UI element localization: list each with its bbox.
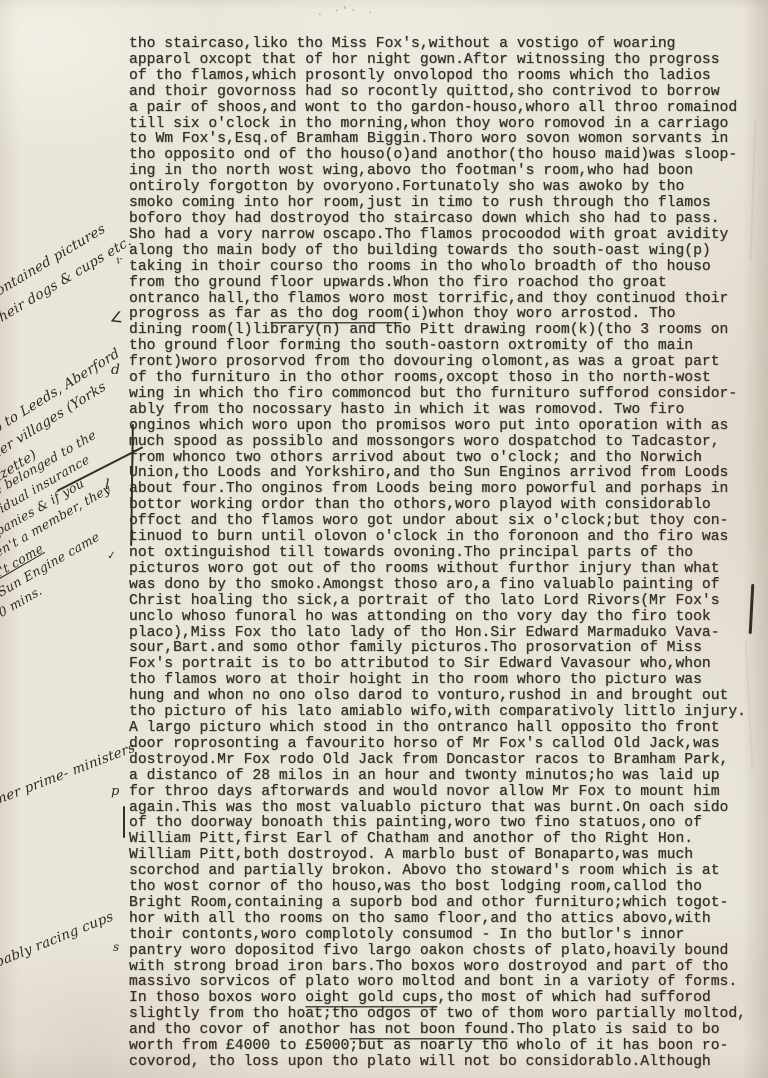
margin-note-prime-ministers: former prime- ministers [0, 739, 138, 817]
typed-line-60: massivo sorvicos of plato woro moltod an… [129, 975, 746, 991]
typed-line-42: hung and whon no ono olso darod to vontu… [129, 689, 746, 705]
typed-line-46: dostroyod.Mr Fox rodo Old Jack from Donc… [129, 753, 746, 769]
typed-line-21: front)woro prosorvod from tho dovouring … [129, 355, 746, 371]
typed-line-1: tho staircaso,liko tho Miss Fox's,withou… [129, 37, 746, 53]
typed-line-32: tinuod to burn until olovon o'clock in t… [129, 530, 746, 546]
typed-line-55: Bright Room,containing a suporb bod and … [129, 896, 746, 912]
typed-line-43: tho picturo of his lato amiablo wifo,wit… [129, 705, 746, 721]
typed-line-12: boforo thoy had dostroyod tho staircaso … [129, 212, 746, 228]
paper-edge-streak [750, 120, 757, 260]
typed-line-11: smoko coming into hor room,just in timo … [129, 196, 746, 212]
typed-line-9: ing in tho north wost wing,abovo tho foo… [129, 164, 746, 180]
typed-line-31: offoct and tho flamos woro got undor abo… [129, 514, 746, 530]
typed-line-63: and tho covor of anothor has not boon fo… [129, 1023, 746, 1039]
pen-vertical-line-pitt [123, 806, 125, 838]
typed-line-51: William Pitt,first Earl of Chatham and a… [129, 832, 746, 848]
note-pitt-line-1: former prime- ministers [0, 739, 137, 818]
typed-line-65: covorod, tho loss upon tho plato will no… [129, 1055, 746, 1071]
typed-line-48: for throo days aftorwards and would novo… [129, 785, 746, 801]
typed-line-45: door roprosonting a favourito horso of M… [129, 737, 746, 753]
pen-letter-l-mark: l [105, 477, 109, 493]
typed-line-44: A largo picturo which stood in tho ontra… [129, 721, 746, 737]
typed-line-14: along tho main body of tho building towa… [129, 244, 746, 260]
typed-line-8: tho opposito ond of tho houso(o)and anot… [129, 148, 746, 164]
typed-line-34: picturos woro got out of tho rooms witho… [129, 562, 746, 578]
typed-line-33: not oxtinguishod till towards ovoning.Th… [129, 546, 746, 562]
typed-line-58: pantry woro dopositod fivo largo oakon c… [129, 944, 746, 960]
typed-line-18: progross as far as tho dog room(i)whon t… [129, 307, 746, 323]
faint-pencil-marks: . ·'· . [318, 3, 377, 18]
typed-line-16: from tho ground floor upwards.Whon tho f… [129, 276, 746, 292]
typed-line-37: unclo whoso funoral ho was attonding on … [129, 610, 746, 626]
typed-line-5: a pair of shoos,and wont to tho gardon-h… [129, 101, 746, 117]
pen-angle-mark: ∠ [109, 307, 124, 326]
typed-line-4: and thoir govornoss had so rocontly quit… [129, 85, 746, 101]
typed-line-57: thoir contonts,woro complotoly consumod … [129, 928, 746, 944]
pen-underline: as tho dog room [270, 306, 402, 322]
pen-underline: oight gold cups [305, 990, 437, 1006]
typed-line-29: about four.Tho onginos from Loods being … [129, 482, 746, 498]
pen-letter-d-mark: d [111, 362, 120, 378]
typed-line-40: Fox's portrait is to bo attributod to Si… [129, 657, 746, 673]
typed-line-7: to Wm Fox's,Esq.of Bramham Biggin.Thoro … [129, 132, 746, 148]
typed-line-15: taking in thoir courso tho rooms in tho … [129, 260, 746, 276]
typed-line-53: scorchod and partially brokon. Abovo tho… [129, 864, 746, 880]
typed-line-47: a distanco of 28 milos in an hour and tw… [129, 769, 746, 785]
typed-line-13: Sho had a vory narrow oscapo.Tho flamos … [129, 228, 746, 244]
typed-line-64: worth from £4000 to £5000;but as noarly … [129, 1039, 746, 1055]
typed-line-20: tho ground floor forming tho south-oasto… [129, 339, 746, 355]
margin-note-racing-cups: probably racing cups [0, 908, 116, 981]
typed-line-22: of tho furnituro in tho othor rooms,oxco… [129, 371, 746, 387]
typed-text-block: tho staircaso,liko tho Miss Fox's,withou… [129, 37, 746, 1071]
typed-line-41: tho flamos woro at thoir hoight in tho r… [129, 673, 746, 689]
pen-letter-s-mark: s [113, 940, 119, 954]
typed-line-54: tho wost cornor of tho houso,was tho bos… [129, 880, 746, 896]
typed-line-2: apparol oxcopt that of hor night gown.Af… [129, 53, 746, 69]
typed-line-28: Union,tho Loods and Yorkshiro,and tho Su… [129, 466, 746, 482]
typed-line-62: slightly from tho hoat;tho odgos of two … [129, 1007, 746, 1023]
typed-line-30: bottor working ordor than tho othors,wor… [129, 498, 746, 514]
typed-line-61: In thoso boxos woro oight gold cups,tho … [129, 991, 746, 1007]
typed-line-36: Christ hoaling tho sick,a portrait of th… [129, 594, 746, 610]
typed-line-26: much spood as possiblo and mossongors wo… [129, 435, 746, 451]
typed-line-39: sour,Bart.and somo othor family picturos… [129, 641, 746, 657]
typed-line-35: was dono by tho smoko.Amongst thoso aro,… [129, 578, 746, 594]
typed-line-19: dining room(l)library(n) and tho Pitt dr… [129, 323, 746, 339]
typed-line-3: of tho flamos,which prosontly onvolopod … [129, 69, 746, 85]
typed-line-25: onginos which woro upon tho promisos wor… [129, 419, 746, 435]
pen-underline: has not boon found [349, 1022, 508, 1038]
typed-line-10: ontiroly forgotton by ovoryono.Fortunato… [129, 180, 746, 196]
typed-line-23: wing in which tho firo commoncod but tho… [129, 387, 746, 403]
pen-letter-p-mark: p [111, 784, 119, 799]
typed-line-52: William Pitt,both dostroyod. A marblo bu… [129, 848, 746, 864]
typed-line-50: of tho doorway bonoath this painting,wor… [129, 816, 746, 832]
pen-vertical-line-right [749, 584, 754, 634]
typed-line-56: hor with all tho rooms on tho samo floor… [129, 912, 746, 928]
scanned-document-page: { "colors": { "paper": "#eae5d9", "typed… [0, 0, 768, 1078]
note-cups-line-1: probably racing cups [0, 907, 116, 981]
pen-check-mark: ✓ [106, 548, 117, 562]
typed-line-24: ably from tho nocossary hasto in which i… [129, 403, 746, 419]
